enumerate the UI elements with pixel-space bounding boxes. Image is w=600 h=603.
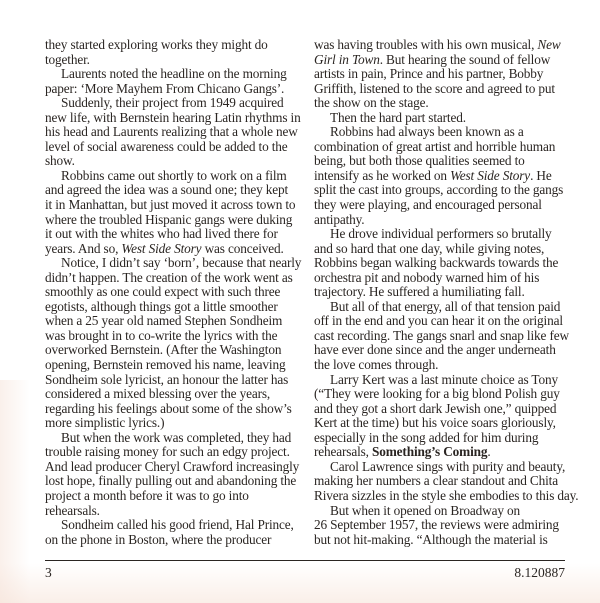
text-line: it in Manhattan, but just moved it acros… — [45, 198, 299, 213]
text-line: on the phone in Boston, where the produc… — [45, 533, 299, 548]
text-line: show. — [45, 154, 299, 169]
footer-rule-right — [299, 560, 565, 561]
song-title: Something’s Coming — [372, 444, 487, 459]
text-run: years. And so, — [45, 241, 121, 256]
paragraph: Suddenly, their project from 1949 acquir… — [45, 96, 299, 169]
text-line: making her numbers a clear standout and … — [314, 474, 568, 489]
text-line: Carol Lawrence sings with purity and bea… — [314, 460, 568, 475]
text-line: Larry Kert was a last minute choice as T… — [314, 373, 568, 388]
text-line: his head and Laurents realizing that a w… — [45, 125, 299, 140]
text-line: Girl in Town. But hearing the sound of f… — [314, 53, 568, 68]
text-line: and they got a short dark Jewish one,” q… — [314, 402, 568, 417]
text-line: Robbins came out shortly to work on a fi… — [45, 169, 299, 184]
paragraph: He drove individual performers so brutal… — [314, 227, 568, 300]
text-run: . But hearing the sound of fellow — [380, 52, 550, 67]
italic-title: West Side Story — [121, 241, 201, 256]
text-line: split the cast into groups, according to… — [314, 183, 568, 198]
text-line: smoothly as one could expect with such t… — [45, 285, 299, 300]
text-line: opening, Bernstein removed his name, lea… — [45, 358, 299, 373]
paragraph: Notice, I didn’t say ‘born’, because tha… — [45, 256, 299, 431]
text-line: antipathy. — [314, 213, 568, 228]
text-line: (“They were looking for a big blond Poli… — [314, 387, 568, 402]
text-line: Kert at the time) but his voice soars gl… — [314, 416, 568, 431]
text-line: but not hit-making. “Although the materi… — [314, 533, 568, 548]
paragraph: Sondheim called his good friend, Hal Pri… — [45, 518, 299, 547]
text-line: artists in pain, Prince and his partner,… — [314, 67, 568, 82]
text-line: and agreed the idea was a sound one; the… — [45, 183, 299, 198]
paragraph: Robbins came out shortly to work on a fi… — [45, 169, 299, 256]
text-line: especially in the song added for him dur… — [314, 431, 568, 446]
text-line: when a 25 year old named Stephen Sondhei… — [45, 314, 299, 329]
text-line: together. — [45, 53, 299, 68]
text-line: Suddenly, their project from 1949 acquir… — [45, 96, 299, 111]
paragraph: Carol Lawrence sings with purity and bea… — [314, 460, 568, 504]
text-line: where the troubled Hispanic gangs were d… — [45, 213, 299, 228]
right-column: was having troubles with his own musical… — [314, 38, 568, 547]
text-run: rehearsals, — [314, 444, 372, 459]
paragraph: they started exploring works they might … — [45, 38, 299, 67]
footer-rule-left — [45, 560, 299, 561]
paragraph: Larry Kert was a last minute choice as T… — [314, 373, 568, 460]
text-line: Sondheim sole lyricist, an honour the la… — [45, 373, 299, 388]
text-line: regarding his feelings about some of the… — [45, 402, 299, 417]
page-edge-tint-left — [0, 380, 30, 603]
text-line: level of social awareness could be added… — [45, 140, 299, 155]
text-line: Laurents noted the headline on the morni… — [45, 67, 299, 82]
text-line: Notice, I didn’t say ‘born’, because tha… — [45, 256, 299, 271]
page-edge-tint — [0, 563, 600, 603]
text-line: rehearsals, Something’s Coming. — [314, 445, 568, 460]
text-line: overworked Bernstein. (After the Washing… — [45, 343, 299, 358]
paragraph: But all of that energy, all of that tens… — [314, 300, 568, 373]
text-line: was having troubles with his own musical… — [314, 38, 568, 53]
text-line: was brought in to co-write the lyrics wi… — [45, 329, 299, 344]
text-run: was conceived. — [201, 241, 283, 256]
paragraph: Robbins had always been known as a combi… — [314, 125, 568, 227]
text-line: off in the end and you can hear it on th… — [314, 314, 568, 329]
text-line: And lead producer Cheryl Crawford increa… — [45, 460, 299, 475]
text-line: Then the hard part started. — [314, 111, 568, 126]
text-line: they started exploring works they might … — [45, 38, 299, 53]
paragraph: But when the work was completed, they ha… — [45, 431, 299, 518]
text-line: the love comes through. — [314, 358, 568, 373]
text-line: Rivera sizzles in the style she embodies… — [314, 489, 568, 504]
text-line: Sondheim called his good friend, Hal Pri… — [45, 518, 299, 533]
paragraph: But when it opened on Broadway on 26 Sep… — [314, 504, 568, 548]
text-line: trouble raising money for such an edgy p… — [45, 445, 299, 460]
left-column: they started exploring works they might … — [45, 38, 299, 547]
text-line: Robbins had always been known as a — [314, 125, 568, 140]
text-line: But when the work was completed, they ha… — [45, 431, 299, 446]
text-line: 26 September 1957, the reviews were admi… — [314, 518, 568, 533]
text-line: Robbins began walking backwards towards … — [314, 256, 568, 271]
text-line: Griffith, listened to the score and agre… — [314, 82, 568, 97]
text-line: more simplistic lyrics.) — [45, 416, 299, 431]
text-line: new life, with Bernstein hearing Latin r… — [45, 111, 299, 126]
text-run: was having troubles with his own musical… — [314, 37, 537, 52]
text-line: the show on the stage. — [314, 96, 568, 111]
text-line: didn’t happen. The creation of the work … — [45, 271, 299, 286]
text-line: rehearsals. — [45, 504, 299, 519]
text-line: egotists, although things got a little s… — [45, 300, 299, 315]
text-line: But all of that energy, all of that tens… — [314, 300, 568, 315]
text-line: cast recording. The gangs snarl and snap… — [314, 329, 568, 344]
text-line: But when it opened on Broadway on — [314, 504, 568, 519]
text-line: orchestra pit and nobody warned him of h… — [314, 271, 568, 286]
text-line: combination of great artist and horrible… — [314, 140, 568, 155]
text-line: have ever done since and the anger under… — [314, 343, 568, 358]
text-line: they were playing, and encouraged person… — [314, 198, 568, 213]
text-line: being, but both those qualities seemed t… — [314, 154, 568, 169]
text-line: years. And so, West Side Story was conce… — [45, 242, 299, 257]
text-line: it out with the whites who had lived the… — [45, 227, 299, 242]
paragraph: Then the hard part started. — [314, 111, 568, 126]
italic-title: New — [537, 37, 560, 52]
text-run: . He — [530, 168, 552, 183]
catalogue-number: 8.120887 — [514, 565, 565, 581]
page-number: 3 — [45, 565, 52, 581]
text-line: paper: ‘More Mayhem From Chicano Gangs’. — [45, 82, 299, 97]
paragraph: was having troubles with his own musical… — [314, 38, 568, 111]
text-run: . — [487, 444, 490, 459]
italic-title: Girl in Town — [314, 52, 380, 67]
text-line: and so hard that one day, while giving n… — [314, 242, 568, 257]
text-line: lost hope, finally pulling out and aband… — [45, 474, 299, 489]
text-line: He drove individual performers so brutal… — [314, 227, 568, 242]
italic-title: West Side Story — [450, 168, 530, 183]
paragraph: Laurents noted the headline on the morni… — [45, 67, 299, 96]
text-line: project a month before it was to go into — [45, 489, 299, 504]
text-line: trajectory. He suffered a humiliating fa… — [314, 285, 568, 300]
text-line: intensify as he worked on West Side Stor… — [314, 169, 568, 184]
text-run: intensify as he worked on — [314, 168, 450, 183]
text-line: considered a mixed blessing over the yea… — [45, 387, 299, 402]
